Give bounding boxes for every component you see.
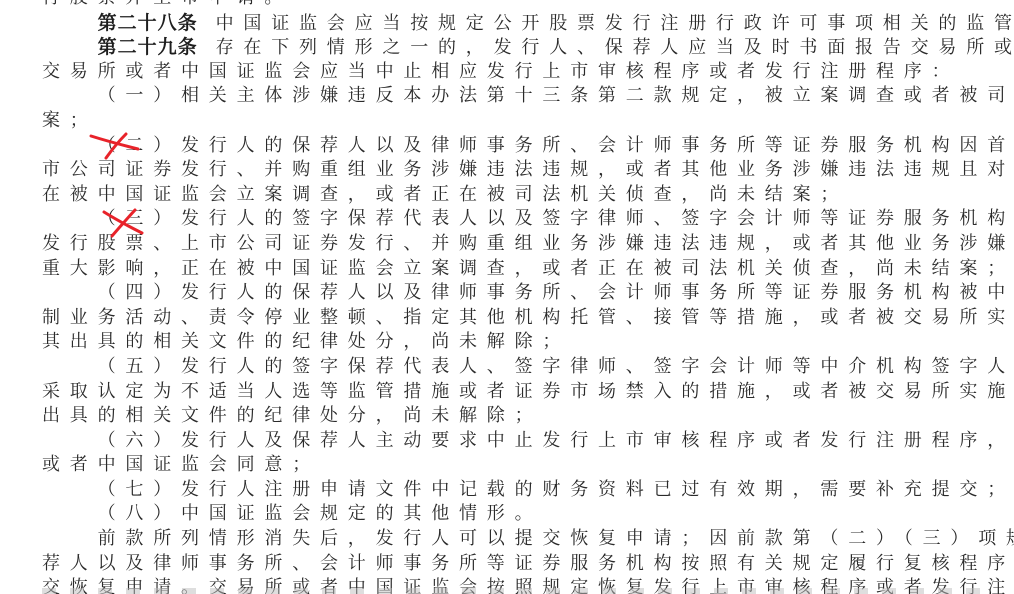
text-line: 市公司证券发行、并购重组业务涉嫌违法违规，或者其他业务涉嫌违法违规且对市场有重大…: [42, 158, 988, 183]
text-line: 重大影响，正在被中国证监会立案调查，或者正在被司法机关侦查，尚未结案；: [42, 257, 988, 282]
clause-3-line: （三）发行人的签字保荐代表人以及签字律师、签字会计师等证券服务机构签字人员因首次…: [42, 207, 988, 232]
article-28-line: 第二十八条中国证监会应当按规定公开股票发行注册行政许可事项相关的监管信息。: [42, 11, 988, 36]
text-line: 交易所或者中国证监会应当中止相应发行上市审核程序或者发行注册程序：: [42, 60, 988, 85]
clause-7-line: （七）发行人注册申请文件中记载的财务资料已过有效期，需要补充提交；: [42, 478, 988, 503]
clause-1-line: （一）相关主体涉嫌违反本办法第十三条第二款规定，被立案调查或者被司法机关侦查，尚…: [42, 84, 988, 109]
article-29-line: 第二十九条存在下列情形之一的，发行人、保荐人应当及时书面报告交易所或者中国证监会…: [42, 35, 988, 60]
text-line: 发行股票、上市公司证券发行、并购重组业务涉嫌违法违规，或者其他业务涉嫌违法违规且…: [42, 232, 988, 257]
paragraph-line: 前款所列情形消失后，发行人可以提交恢复申请；因前款第（二）（三）项规定情形中止的…: [42, 527, 988, 552]
text-line: 案；: [42, 109, 988, 134]
document-page: 行股票并上市申请。 第二十八条中国证监会应当按规定公开股票发行注册行政许可事项相…: [42, 0, 988, 594]
text-line: 或者中国证监会同意；: [42, 453, 988, 478]
article-text: 中国证监会应当按规定公开股票发行注册行政许可事项相关的监管信息。: [216, 13, 1014, 34]
article-number: 第二十九条: [98, 36, 198, 58]
clause-8-line: （八）中国证监会规定的其他情形。: [42, 502, 988, 527]
text-line: 行股票并上市申请。: [42, 0, 988, 11]
clause-5-line: （五）发行人的签字保荐代表人、签字律师、签字会计师等中介机构签字人员被中国证监会…: [42, 355, 988, 380]
article-text: 存在下列情形之一的，发行人、保荐人应当及时书面报告交易所或者中国证监会，: [216, 37, 1014, 58]
clause-4-line: （四）发行人的保荐人以及律师事务所、会计师事务所等证券服务机构被中国证监会依法采…: [42, 281, 988, 306]
text-line: 制业务活动、责令停业整顿、指定其他机构托管、接管等措施，或者被交易所实施一定期限…: [42, 306, 988, 331]
clause-6-line: （六）发行人及保荐人主动要求中止发行上市审核程序或者发行注册程序，理由正当且经交…: [42, 429, 988, 454]
text-line: 采取认定为不适当人选等监管措施或者证券市场禁入的措施，或者被交易所实施一定期限内…: [42, 380, 988, 405]
article-number: 第二十八条: [98, 12, 198, 34]
text-line: 荐人以及律师事务所、会计师事务所等证券服务机构按照有关规定履行复核程序后，发行人…: [42, 552, 988, 577]
clause-2-line: （二）发行人的保荐人以及律师事务所、会计师事务所等证券服务机构因首次公开发行股票…: [42, 134, 988, 159]
next-line-cutoff: [42, 588, 988, 594]
text-line: 出具的相关文件的纪律处分，尚未解除；: [42, 404, 988, 429]
text-line: 在被中国证监会立案调查，或者正在被司法机关侦查，尚未结案；: [42, 183, 988, 208]
text-line: 其出具的相关文件的纪律处分，尚未解除；: [42, 330, 988, 355]
